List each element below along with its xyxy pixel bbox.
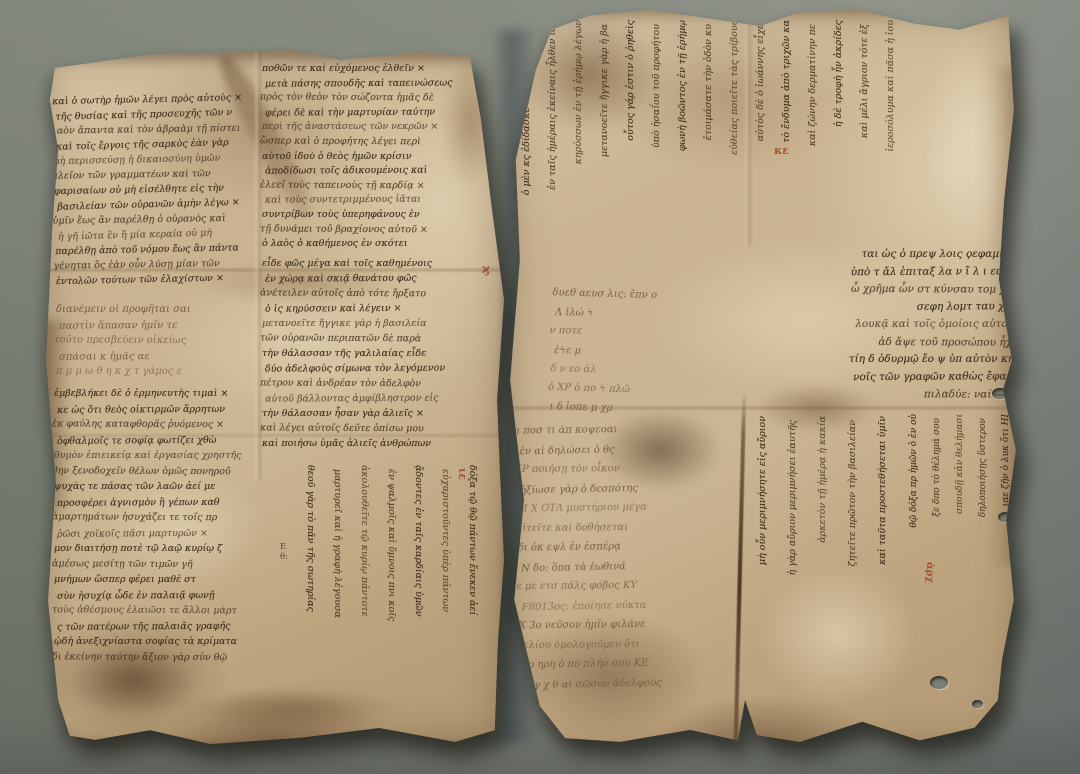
manuscript-text-line: τὸ ἔνδυμα ἀπὸ τριχῶν κα — [780, 20, 793, 143]
manuscript-text-line: ΧΡ ποιήσῃ τὸν οἶκον — [515, 458, 745, 480]
manuscript-text-line: τὴν θάλασσαν τῆς γαλιλαίας εἶδε — [262, 346, 484, 361]
manuscript-text-line: δύο ἀδελφοὺς σίμωνα τὸν λεγόμενον — [265, 360, 487, 376]
stain — [506, 6, 1020, 20]
right-manuscript-leaf: ὁ μὲν κς ἐδίδασκε τοὺς μαθητὰς ἀείἐν ταῖ… — [506, 6, 1020, 750]
manuscript-text-line: νοῖς τῶν γραφῶν καθὼς ἔφα ἅ — [757, 368, 1017, 387]
manuscript-text-line: ἐλεεῖ τοὺς ταπεινοὺς τῇ καρδίᾳ × — [260, 178, 478, 194]
manuscript-text-line: σεφη λομτ ταυ χρό — [757, 298, 1017, 317]
manuscript-text-line: προσφέρει ἁγνισμὸν ἢ γέπων καθ — [57, 494, 329, 511]
left-leaf-text-block-lower-left: ἐμβεβλήκει δὲ ὁ ἑρμηνευτὴς τιμαὶ ×κε ὡς … — [54, 386, 326, 665]
worm-hole — [972, 700, 983, 708]
photograph-of-manuscript-leaves: καὶ ὁ σωτὴρ ἡμῶν λέγει πρὸς αὐτοὺς ×τῆς … — [0, 0, 1080, 774]
left-leaf-rubric-mark: ϗ — [482, 262, 490, 276]
manuscript-text-line: εἶδε φῶς μέγα καὶ τοῖς καθημένοις — [262, 256, 484, 271]
manuscript-text-line: συντρίβων τοὺς ὑπερηφάνους ἐν — [262, 208, 480, 223]
manuscript-text-line: ἀκολουθεῖτε τῷ κυρίῳ πάντοτε — [358, 465, 371, 617]
manuscript-text-line: καὶ μέλι ἄγριον τότε ἐξ — [858, 24, 871, 138]
manuscript-text-line: τίη δ ὁδυρμῷ ἔο ψ ὑπ αὐτὸν κη — [754, 351, 1014, 369]
manuscript-text-line: ποθῶν τε καὶ εὐχόμενος ἐλθεῖν × — [262, 62, 480, 77]
manuscript-text-line: ὁ ἰς κηρύσσειν καὶ λέγειν × — [265, 300, 487, 316]
manuscript-text-line: ἀρκετὸν τῇ ἡμέρᾳ ἡ κακία — [816, 416, 829, 543]
manuscript-text-line: μνήμων ὥσπερ φέρει μαθὲ στ — [54, 572, 326, 588]
manuscript-text-line: ἀνέτειλεν αὐτοῖς ἀπὸ τότε ἤρξατο — [260, 285, 482, 301]
manuscript-text-line: ἐκ φαύλης καταφθορᾶς ῥυόμενος × — [52, 416, 324, 433]
left-leaf-shadow-wrapper: καὶ ὁ σωτὴρ ἡμῶν λέγει πρὸς αὐτοὺς ×τῆς … — [42, 50, 504, 744]
manuscript-text-line: ὦ γ χ θ αι σῶσον ἀδελφούς — [523, 671, 753, 695]
manuscript-text-line: ἀδ ἄψε τοῦ προσώπου ἦχ — [752, 333, 1012, 352]
right-leaf-rubric-top: κε — [774, 144, 789, 157]
manuscript-text-line: ζητεῖτε πρῶτον τὴν βασιλείαν — [846, 420, 859, 567]
manuscript-text-line: θεοῦ γὰρ τὸ πᾶν τῆς σωτηρίας — [304, 465, 317, 612]
manuscript-text-line: εὐχαριστοῦντες ὑπὲρ πάντων — [439, 469, 452, 612]
manuscript-text-line: μετὰ πάσης σπουδῆς καὶ ταπεινώσεως — [265, 76, 483, 92]
manuscript-text-line: ἡ γὰρ αὔριον μεριμνήσει ἑαυτῆς — [786, 420, 799, 576]
manuscript-text-line: ψυχὰς τε πάσας τῶν λαῶν ἀεί με — [54, 479, 326, 495]
manuscript-text-line: ἐν ταῖς ἡμέραις ἐκείναις ἦλθεν ἰω — [546, 24, 559, 190]
right-leaf-lower-right-columns: θῷ δόξα πρ ἡμῶν ὁ ἐν οὐξε δπο τὸ θέλημά … — [908, 414, 1014, 646]
manuscript-text-line: ῥῶσι χοϊκοῖς πᾶσι μαρτυρῶν × — [57, 525, 329, 542]
manuscript-text-line: σπουδῇ κἀν θελήμασι — [954, 414, 967, 514]
manuscript-text-line: π μ μ ω θ η κ χ τ γάμος ε — [56, 364, 286, 380]
manuscript-text-line: ὑπὸ τ ἄλ ἐπιταξ λα ν ἴ λ ι εαοι: — [757, 263, 1017, 282]
left-leaf-text-block-top-left: καὶ ὁ σωτὴρ ἡμῶν λέγει πρὸς αὐτοὺς ×τῆς … — [52, 90, 264, 289]
manuscript-text-line: καὶ ζώνην δερματίνην πε — [806, 24, 819, 146]
manuscript-text-line: εὐθείας ποιεῖτε τὰς τρίβους — [728, 20, 741, 155]
manuscript-text-line: αὐτοῦ ἰδοὺ ὁ θεὸς ἡμῶν κρίσιν — [262, 150, 480, 165]
manuscript-text-line: κηρύσσων ἐν τῇ ἐρήμῳ λέγων — [572, 20, 585, 164]
stain — [924, 26, 1014, 256]
manuscript-text-line: διανέμειν οἱ προφῆται σαι — [56, 302, 286, 318]
right-leaf-text-block-mid-right: ται ὡς ὁ πρεψ λοις ϙεφαμνωὑπὸ τ ἄλ ἐπιτα… — [754, 246, 1014, 404]
manuscript-text-line: θην ξενοδοχεῖν θέλων ὁμῶς πονηροῦ — [52, 463, 324, 480]
worm-hole — [930, 676, 948, 689]
manuscript-text-line: καὶ ταῦτα προστεθήσεται ὑμῖν — [876, 416, 889, 565]
manuscript-text-line: ἐν ψαλμοῖς καὶ ὕμνοις πνι κοῖς — [385, 469, 398, 621]
left-leaf-text-block-mid-left: διανέμειν οἱ προφῆται σαιπαστὶν ἅπασαν ἡ… — [56, 302, 286, 380]
manuscript-text-line: ὁ μὲν κς ἐδίδασκε τοὺς μαθητὰς ἀεί — [520, 20, 533, 195]
manuscript-text-line: κε ὡς ὅτι θεὸς οἰκτιρμῶν ἄρρητων — [57, 401, 329, 418]
manuscript-text-line: σὺν ἡσυχίᾳ ὧδε ἐν παλαιᾷ φωνῇ — [57, 587, 329, 604]
manuscript-text-line: οὗτος γάρ ἐστιν ὁ ῥηθεὶς — [624, 20, 637, 141]
manuscript-text-line: σπάσαι κ ἡμᾶς αε — [59, 348, 289, 365]
manuscript-text-line: ὥσπερ καὶ ὁ προφήτης λέγει περὶ — [260, 134, 478, 150]
manuscript-text-line: πιλαδύε: ναί — · — [752, 385, 1012, 404]
manuscript-text-line: μὴ οὖν μεριμνήσητε εἰς αὔριον — [756, 416, 769, 565]
manuscript-text-line: πρὸς τὸν θεὸν τὸν σώζοντα ἡμᾶς δὲ — [260, 91, 478, 107]
manuscript-text-line: ἐμβεβλήκει δὲ ὁ ἑρμηνευτὴς τιμαὶ × — [54, 386, 326, 402]
manuscript-text-line: ἑτοιμάσατε τὴν ὁδὸν κυ — [702, 24, 715, 140]
manuscript-text-line: Ϝ8013ος: ἐποίησε νύκτα — [522, 593, 752, 617]
left-manuscript-leaf: καὶ ὁ σωτὴρ ἡμῶν λέγει πρὸς αὐτοὺς ×τῆς … — [42, 50, 504, 744]
manuscript-text-line: ᾄδοντες ἐν ταῖς καρδίαις ὑμῶν — [412, 465, 425, 617]
manuscript-text-line: ται ὡς ὁ πρεψ λοις ϙεφαμνω — [754, 246, 1014, 264]
manuscript-text-line: ιαε ζῆν ὁ λυκ ὅτι ΗΙ — [1000, 414, 1013, 506]
manuscript-text-line: ᾠδὴ ἀνεξιχνίαστα σοφίας τὰ κρίματα — [54, 634, 326, 650]
manuscript-text-line: τοὺς ἀθέσμους ἐλαιῶσι τε ἄλλοι μάρτ — [52, 602, 324, 619]
left-leaf-rubric-initial: ιε — [456, 468, 469, 480]
manuscript-text-line: δηλοποιήσῃς ὕστερον — [977, 418, 990, 517]
manuscript-text-line: ε με ετσ πάλς φόβος ΚΥ — [516, 575, 746, 597]
left-leaf-margin-mark: Ε θ: — [280, 542, 288, 562]
manuscript-text-line: ὑπὸ ἡσαΐου τοῦ προφήτου — [650, 24, 663, 148]
left-leaf-vertical-text-columns: θεοῦ γὰρ τὸ πᾶν τῆς σωτηρίαςμαρτυρεῖ καὶ… — [304, 465, 500, 733]
right-leaf-lower-mid-columns: μὴ οὖν μεριμνήσητε εἰς αὔριονἡ γὰρ αὔριο… — [756, 416, 908, 704]
manuscript-text-line: ἁμαρτημάτων ἡσυχάζει τε τοῖς πρ — [52, 509, 324, 526]
manuscript-text-line: τῇ δυνάμει τοῦ βραχίονος αὐτοῦ × — [260, 222, 478, 238]
manuscript-text-line: καὶ τοὺς συντετριμμένους ἰᾶται — [265, 193, 483, 209]
manuscript-text-line: ἡ δὲ τροφὴ ἦν ἀκρίδες — [832, 20, 845, 127]
manuscript-text-line: μαρτυρεῖ καὶ ἡ γραφὴ λέγουσα — [331, 469, 344, 618]
right-leaf-rubric-bottom: ἀρχ — [924, 562, 935, 583]
manuscript-text-line: λουκᾷ καὶ τοῖς ὁμοίοις αὐτοῦ — [754, 316, 1014, 334]
manuscript-text-line: ἱεροσόλυμα καὶ πᾶσα ἡ ἰου — [884, 20, 897, 152]
manuscript-text-line: ξε δπο τὸ θέλημά σου — [931, 418, 944, 517]
manuscript-text-line: ἀποδίδωσι τοῖς ἀδικουμένοις καὶ — [265, 163, 483, 179]
left-leaf-text-block-top-right: ποθῶν τε καὶ εὐχόμενος ἐλθεῖν ×μετὰ πάση… — [262, 62, 480, 252]
manuscript-text-line: ὀφθαλμοῖς τε σοφίᾳ φωτίζει χθὼ — [57, 432, 329, 449]
manuscript-text-line: θυμὸν ἐπιεικείᾳ καὶ ἐργασίας χρηστῆς — [54, 448, 326, 464]
manuscript-text-line: ὁ λαὸς ὁ καθήμενος ἐν σκότει — [262, 237, 480, 252]
right-leaf-shadow-wrapper: ὁ μὲν κς ἐδίδασκε τοὺς μαθητὰς ἀείἐν ταῖ… — [506, 6, 1020, 750]
manuscript-text-line: Μ Χ ΟΤΛ μυστήριον μέγα — [517, 496, 747, 519]
manuscript-text-line: ἠελίου ὁμολογοῦμεν ὅτι — [517, 634, 747, 656]
manuscript-text-line: ς τῶν πατέρων τῆς παλαιᾶς γραφῆς — [57, 618, 329, 635]
manuscript-text-line: θῷ δόξα πρ ἡμῶν ὁ ἐν οὐ — [908, 414, 921, 528]
manuscript-text-line: τοῦτο πρεσβεύειν οἰκείως — [54, 332, 284, 349]
manuscript-text-line: μετανοεῖτε ἤγγικε γὰρ ἡ βα — [598, 24, 611, 157]
manuscript-text-line: ὦ χρῆμα ὧν στ κύνσαυ τομ χρ — [752, 280, 1012, 299]
manuscript-text-line: περὶ τῆς ἀναστάσεως τῶν νεκρῶν × — [262, 120, 480, 135]
manuscript-text-line: δι ἐκείνην ταύτην ἄξιον γὰρ σὺν θῷ — [52, 649, 324, 666]
manuscript-text-line: μετανοεῖτε ἤγγικε γὰρ ἡ βασιλεία — [262, 316, 484, 331]
manuscript-text-line: αὐτὸς δὲ ὁ ἰωάννης εἶχε — [754, 24, 767, 141]
manuscript-text-line: φέρει δὲ καὶ τὴν μαρτυρίαν ταύτην — [265, 105, 483, 121]
right-leaf-text-block-lower-left: ι ποσ τι ἀπ κοψεοαιἐν αἰ δηλώσει ὁ θςΧΡ … — [516, 418, 750, 694]
manuscript-text-line: παστὶν ἅπασαν ἡμῖν τε — [59, 317, 289, 334]
manuscript-text-line: δόξα τῷ θῷ πάντων ἕνεκεν ἀεί — [466, 465, 479, 615]
manuscript-text-line: αἰτεῖτε καὶ δοθήσεται — [516, 517, 746, 539]
manuscript-text-line: φωνὴ βοῶντος ἐν τῇ ἐρήμῳ — [676, 20, 689, 151]
manuscript-text-line: ἐν χώρᾳ καὶ σκιᾷ θανάτου φῶς — [265, 270, 487, 286]
manuscript-text-line: τῶν οὐρανῶν περιπατῶν δὲ παρὰ — [260, 330, 482, 346]
right-leaf-text-block-mid-faint: δυεθ αευσ λις: ἔπν οΛ ἰλώ ϟν ποτεἐϟε μδ … — [549, 283, 757, 421]
